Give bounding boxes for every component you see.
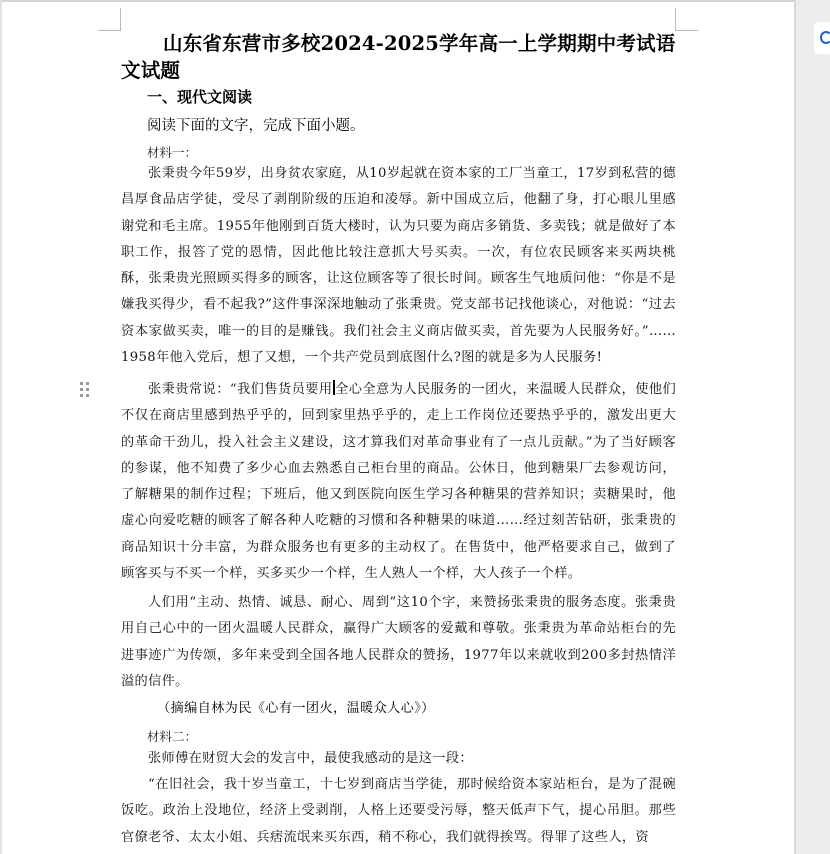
section-heading: 一、现代文阅读 [147,86,252,107]
page-corner-mark-top-left [98,8,121,31]
right-side-panel [794,0,830,854]
material1-source: （摘编自林为民《心有一团火，温暖众人心》） [157,697,435,716]
material1-label: 材料一： [147,143,197,161]
refresh-icon [820,31,830,44]
material2-paragraph-1: 张师傅在财贸大会的发言中，最使我感动的是这一段： [121,746,676,772]
material1-paragraph-1: 张秉贵今年59岁，出身贫农家庭，从10岁起就在资本家的工厂当童工，17岁到私营的… [121,161,676,371]
side-panel-button[interactable] [814,22,830,54]
material2-label: 材料二： [147,727,197,745]
paragraph-text-before-cursor: 张秉贵常说：“我们售货员要用 [148,382,333,397]
drag-handle-icon[interactable] [80,382,90,398]
page-corner-mark-top-right [675,8,698,31]
material2-paragraph-2: “在旧社会，我十岁当童工，十七岁到商店当学徒，那时候给资本家站柜台，是为了混碗饭… [121,772,676,851]
paragraph-text-after-cursor: 全心全意为人民服务的一团火，来温暖人民群众，使他们不仅在商店里感到热乎乎的，回到… [121,382,676,581]
material1-paragraph-3: 人们用“主动、热情、诚恳、耐心、周到”这10个字，来赞扬张秉贵的服务态度。张秉贵… [121,590,676,695]
instruction-text: 阅读下面的文字，完成下面小题。 [147,114,365,135]
document-title: 山东省东营市多校2024-2025学年高一上学期期中考试语文试题 [121,30,681,84]
material1-paragraph-2[interactable]: 张秉贵常说：“我们售货员要用全心全意为人民服务的一团火，来温暖人民群众，使他们不… [121,377,676,587]
